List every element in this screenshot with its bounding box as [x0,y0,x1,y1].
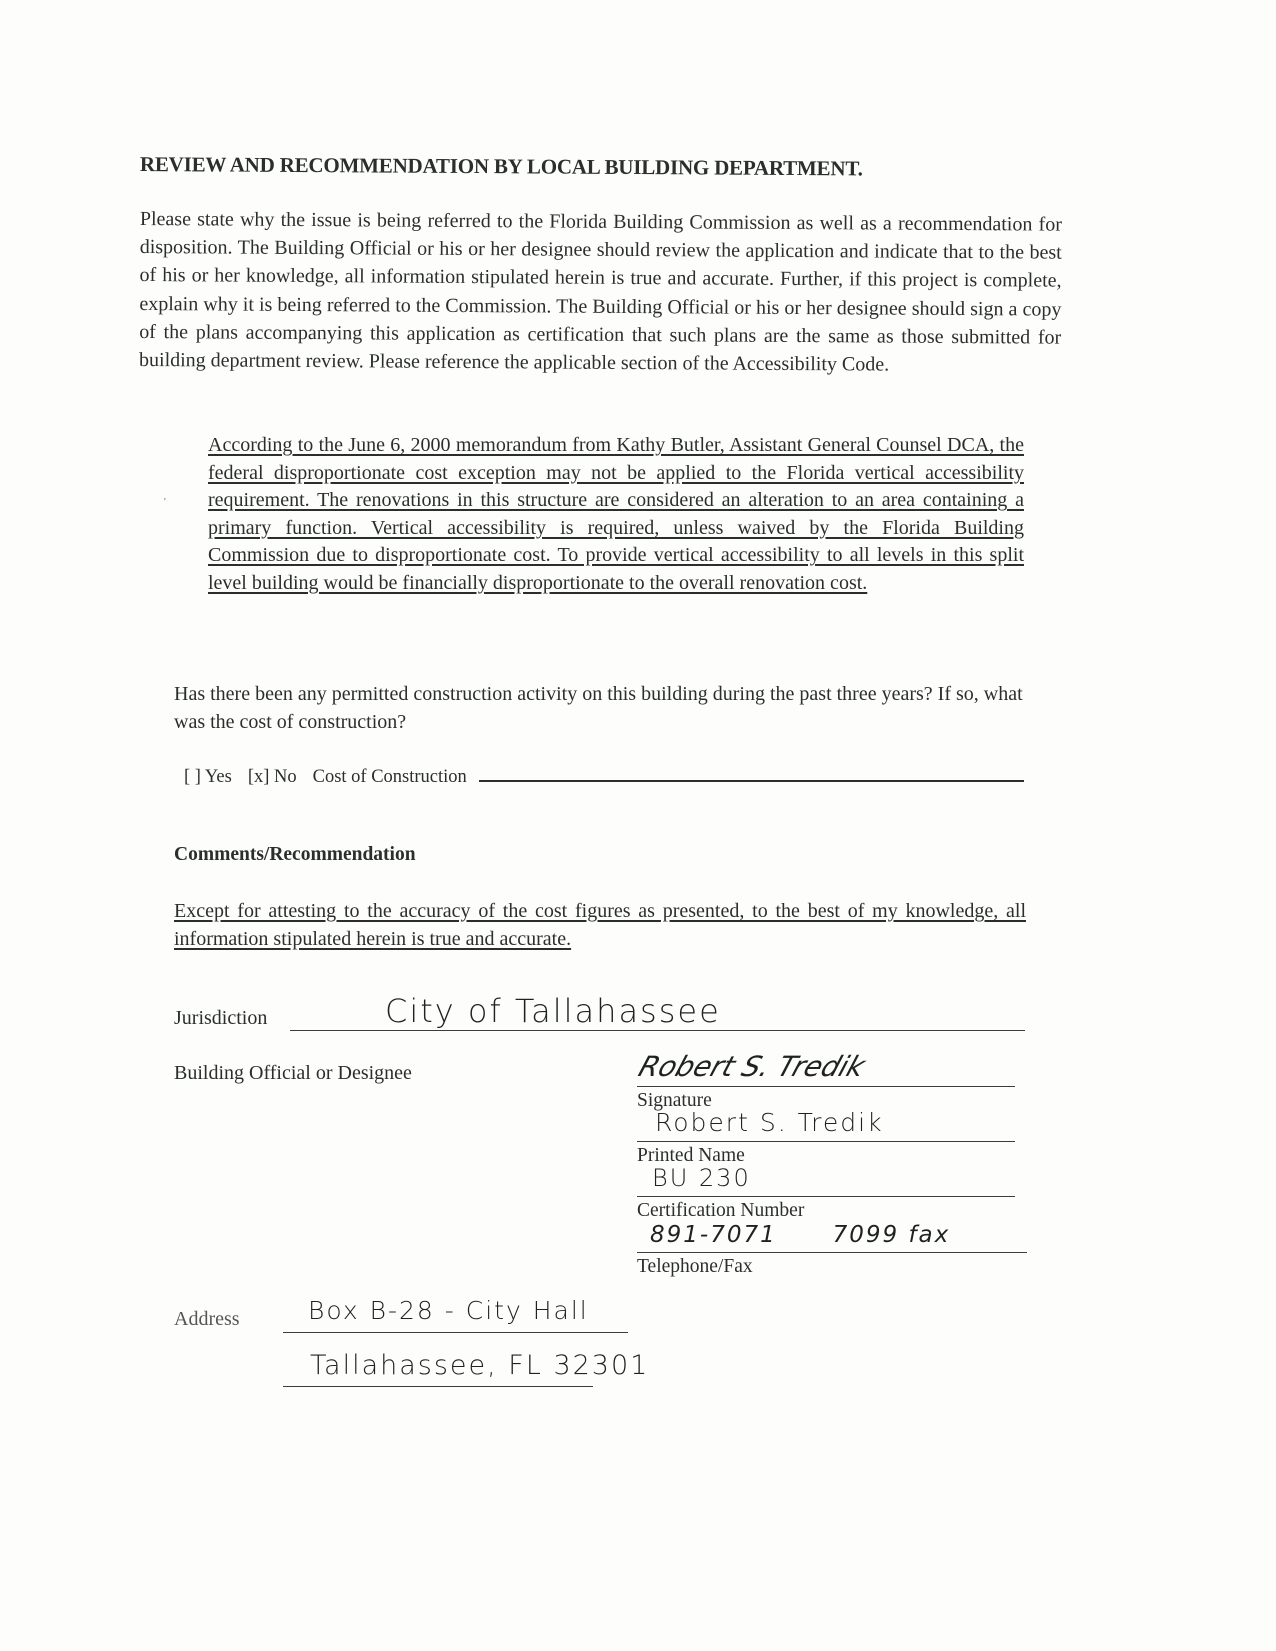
section-heading: REVIEW AND RECOMMENDATION BY LOCAL BUILD… [140,152,1100,183]
cost-of-construction-field[interactable] [479,762,1024,782]
certification-number-label: Certification Number [637,1200,804,1222]
telephone-fax-label: Telephone/Fax [637,1256,753,1278]
signature-value: Robert S. Tredik [635,1050,870,1083]
referral-reason-paragraph: According to the June 6, 2000 memorandum… [208,432,1024,598]
construction-answer-row: [ ] Yes [x] No Cost of Construction [184,762,1024,788]
certification-number-value: BU 230 [652,1164,751,1192]
jurisdiction-value: City of Tallahassee [385,992,721,1030]
comments-heading: Comments/Recommendation [174,844,416,866]
no-checkbox[interactable]: [x] No [248,767,297,788]
cost-label: Cost of Construction [313,767,467,788]
jurisdiction-label: Jurisdiction [174,1007,267,1030]
stray-mark: ' [164,497,166,508]
address-label: Address [174,1308,240,1331]
address-line1-value: Box B-28 - City Hall [308,1296,589,1325]
yes-checkbox[interactable]: [ ] Yes [184,767,232,788]
form-page: REVIEW AND RECOMMENDATION BY LOCAL BUILD… [0,0,1276,1651]
printed-name-value: Robert S. Tredik [655,1108,884,1137]
building-official-label: Building Official or Designee [174,1062,412,1085]
instructions-paragraph: Please state why the issue is being refe… [139,205,1062,380]
comments-text: Except for attesting to the accuracy of … [174,897,1026,953]
address-line2-value: Tallahassee, FL 32301 [310,1350,649,1381]
telephone-fax-value: 891-7071 7099 fax [650,1222,950,1248]
construction-question: Has there been any permitted constructio… [174,680,1034,736]
